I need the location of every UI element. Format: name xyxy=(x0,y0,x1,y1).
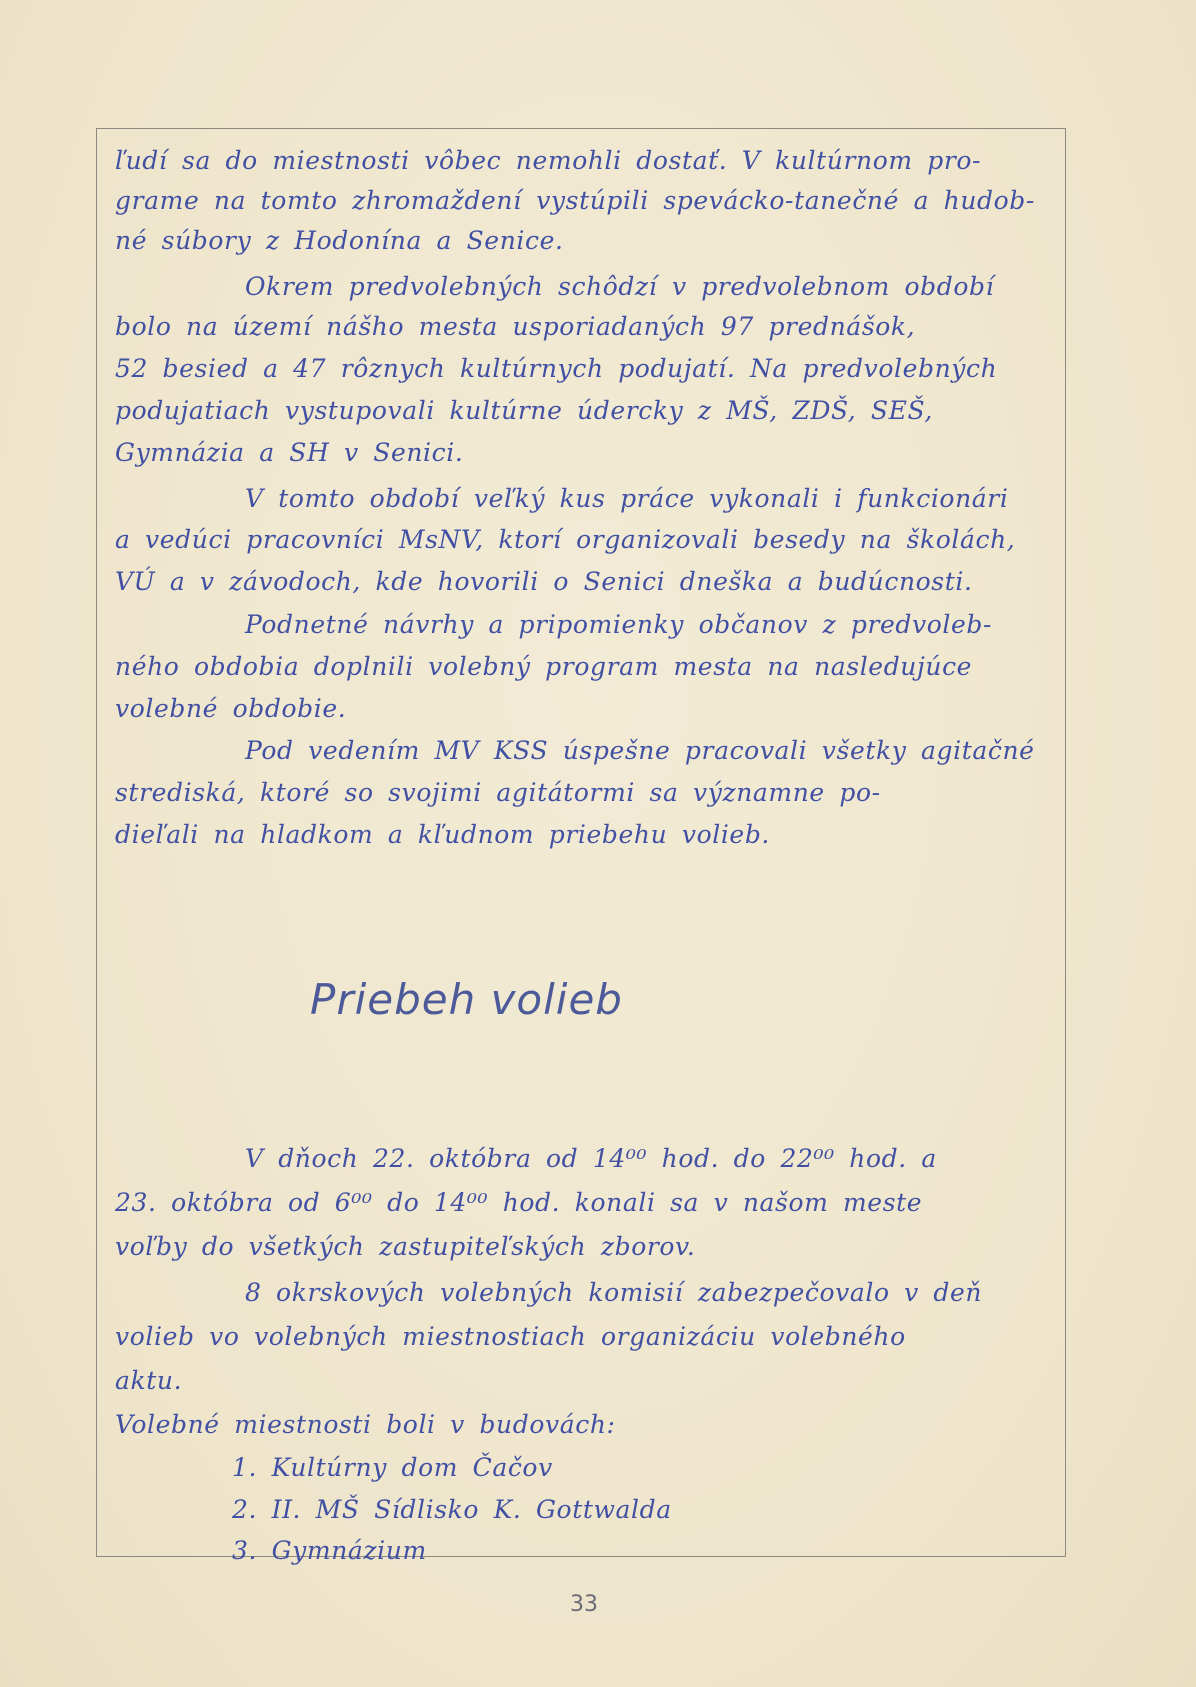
text-line: volebné obdobie. xyxy=(115,696,346,721)
paragraph-start-line: Pod vedením MV KSS úspešne pracovali vše… xyxy=(245,738,1035,763)
manuscript-page: ľudí sa do miestnosti vôbec nemohli dost… xyxy=(0,0,1196,1687)
text-line: podujatiach vystupovali kultúrne údercky… xyxy=(115,398,933,423)
text-line: grame na tomto zhromaždení vystúpili spe… xyxy=(115,188,1035,213)
text-line: 52 besied a 47 rôznych kultúrnych poduja… xyxy=(115,356,997,381)
text-line: strediská, ktoré so svojimi agitátormi s… xyxy=(115,780,881,805)
list-item: 1. Kultúrny dom Čačov xyxy=(232,1455,553,1480)
paragraph-start-line: V tomto období veľký kus práce vykonali … xyxy=(245,486,1008,511)
text-line: Gymnázia a SH v Senici. xyxy=(115,440,463,465)
text-line: ného obdobia doplnili volebný program me… xyxy=(115,654,972,679)
list-item: 2. II. MŠ Sídlisko K. Gottwalda xyxy=(232,1497,672,1522)
paragraph-start-line: Okrem predvolebných schôdzí v predvolebn… xyxy=(245,274,994,299)
list-item: 3. Gymnázium xyxy=(232,1538,427,1563)
text-line: dieľali na hladkom a kľudnom priebehu vo… xyxy=(115,822,770,847)
text-line: volieb vo volebných miestnostiach organi… xyxy=(115,1324,906,1349)
text-line: né súbory z Hodonína a Senice. xyxy=(115,228,564,253)
paragraph-start-line: V dňoch 22. októbra od 14⁰⁰ hod. do 22⁰⁰… xyxy=(245,1146,937,1171)
text-line: aktu. xyxy=(115,1368,182,1393)
list-intro-line: Volebné miestnosti boli v budovách: xyxy=(115,1412,616,1437)
section-heading: Priebeh volieb xyxy=(310,975,623,1024)
page-number: 33 xyxy=(570,1592,598,1617)
paragraph-start-line: 8 okrskových volebných komisií zabezpečo… xyxy=(245,1280,982,1305)
text-line: a vedúci pracovníci MsNV, ktorí organizo… xyxy=(115,527,1015,552)
text-line: ľudí sa do miestnosti vôbec nemohli dost… xyxy=(115,148,981,173)
text-line: VÚ a v závodoch, kde hovorili o Senici d… xyxy=(115,569,973,594)
text-line: bolo na území nášho mesta usporiadaných … xyxy=(115,314,915,339)
paragraph-start-line: Podnetné návrhy a pripomienky občanov z … xyxy=(245,612,992,637)
text-line: voľby do všetkých zastupiteľských zborov… xyxy=(115,1234,695,1259)
text-line: 23. októbra od 6⁰⁰ do 14⁰⁰ hod. konali s… xyxy=(115,1190,922,1215)
